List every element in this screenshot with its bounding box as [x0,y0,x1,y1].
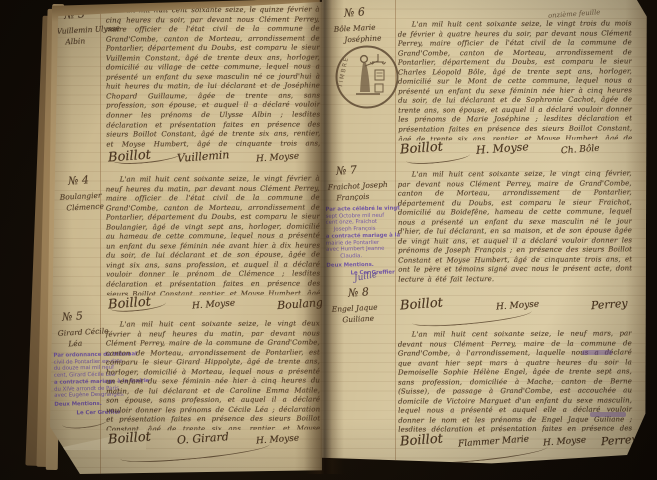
signature: Perrey [591,297,628,313]
signature-row: Boillot Flammer Marie H. Moyse Perrey [400,433,638,448]
entry-number: № 4 [68,173,90,187]
signature: H. Moyse [255,434,299,447]
birth-act-text: L'an mil huit cent soixante seize, le vi… [106,174,321,295]
left-page: № 3 Vuillemin Ulysse Albin L'an mil huit… [50,0,322,474]
register-scan: № 3 Vuillemin Ulysse Albin L'an mil huit… [0,0,657,480]
entry-number: № 6 [344,5,366,19]
signature: Ch. Bôle [561,144,600,157]
entry-number: № 5 [62,309,84,323]
signature: Boillot [400,296,444,314]
signature: Boillot [108,295,152,313]
signature: H. Moyse [543,436,587,449]
signature: Vuillemin [177,148,230,165]
signature-row: Boillot H. Moyse Ch. Bôle [400,141,600,156]
birth-act-text: L'an mil huit cent soixante seize, le qu… [106,5,321,148]
signature-row: Boillot H. Moyse Perrey [400,297,628,312]
margin-name-line: Guiliane [332,311,404,326]
signature: O. Girard [177,430,230,447]
signature: Boillot [108,430,152,448]
birth-act-text: L'an mil huit cent soixante seize, le vi… [398,169,633,296]
birth-act-text: L'an mil huit cent soixante seize, le vi… [106,319,321,430]
margin-name: Fraichot Joseph François [327,178,402,204]
signature: Boillot [400,140,444,158]
signature: H. Moyse [256,152,300,165]
birth-act-text: L'an mil huit cent soixante seize, le ne… [398,329,633,432]
margin-name: Bôle Marie Joséphine [333,20,404,46]
signature: H. Moyse [192,299,236,312]
entry-number: № 8 [348,285,370,299]
signature: Boillot [108,148,152,166]
signature: H. Moyse [495,300,539,313]
signature: H. Moyse [475,140,529,157]
margin-name: Engel Jaque Guiliane [331,300,404,326]
signature: Flammer Marie [457,435,529,450]
right-page: onzième feuille № 6 Bôle Marie Joséphine… [322,0,648,470]
birth-act-text: L'an mil huit cent soixante seize, le vi… [398,19,633,140]
stamp-label: TIMBRE [337,56,351,89]
signature: Perrey [601,433,638,449]
entry-number: № 7 [336,163,358,177]
signature-row: Boillot H. Moyse Boulangier [108,296,338,311]
folio-annotation: onzième feuille [548,8,601,20]
fiscal-stamp-icon: TIMBRE [334,44,400,110]
signature: Boillot [400,432,444,450]
